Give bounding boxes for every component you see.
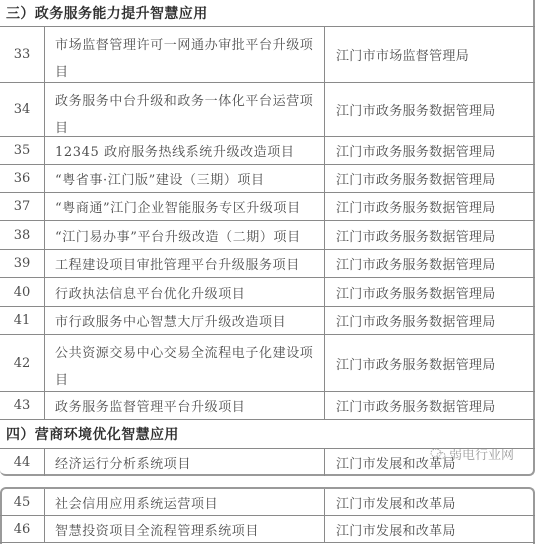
department: 江门市政务服务数据管理局 xyxy=(325,165,535,192)
department: 江门市政务服务数据管理局 xyxy=(325,278,535,306)
table-row: 45 社会信用应用系统运营项目 江门市发展和改革局 xyxy=(0,489,535,516)
project-name: 市行政服务中心智慧大厅升级改造项目 xyxy=(45,307,325,334)
row-number: 38 xyxy=(0,221,45,249)
row-number: 34 xyxy=(0,83,45,136)
row-number: 36 xyxy=(0,165,45,192)
department: 江门市政务服务数据管理局 xyxy=(325,193,535,220)
table-row: 36 “粤省事·江门版”建设（三期）项目 江门市政务服务数据管理局 xyxy=(0,165,535,193)
table-row: 34 政务服务中台升级和政务一体化平台运营项 目 江门市政务服务数据管理局 xyxy=(0,83,535,137)
project-name: 行政执法信息平台优化升级项目 xyxy=(45,278,325,306)
watermark: 弱电行业网 xyxy=(430,444,514,463)
department: 江门市政务服务数据管理局 xyxy=(325,83,535,136)
row-number: 46 xyxy=(0,516,45,542)
project-name: 市场监督管理许可一网通办审批平台升级项 目 xyxy=(45,27,325,82)
table-row: 39 工程建设项目审批管理平台升级服务项目 江门市政务服务数据管理局 xyxy=(0,250,535,278)
table-row: 38 “江门易办事”平台升级改造（二期）项目 江门市政务服务数据管理局 xyxy=(0,221,535,250)
project-name: “粤商通”江门企业智能服务专区升级项目 xyxy=(45,193,325,220)
row-number: 33 xyxy=(0,27,45,82)
department: 江门市政务服务数据管理局 xyxy=(325,307,535,334)
table-row: 35 12345 政府服务热线系统升级改造项目 江门市政务服务数据管理局 xyxy=(0,137,535,165)
table-row: 42 公共资源交易中心交易全流程电子化建设项 目 江门市政务服务数据管理局 xyxy=(0,335,535,392)
watermark-text: 弱电行业网 xyxy=(449,444,514,463)
department: 江门市政务服务数据管理局 xyxy=(325,137,535,164)
project-name-line1: 市场监督管理许可一网通办审批平台升级项 xyxy=(55,32,313,59)
project-name: 经济运行分析系统项目 xyxy=(45,449,325,476)
department: 江门市发展和改革局 xyxy=(325,489,535,515)
department: 江门市市场监督管理局 xyxy=(325,27,535,82)
project-name-line2: 目 xyxy=(55,59,313,86)
project-name: 智慧投资项目全流程管理系统项目 xyxy=(45,516,325,542)
table-row: 40 行政执法信息平台优化升级项目 江门市政务服务数据管理局 xyxy=(0,278,535,307)
row-number: 39 xyxy=(0,250,45,277)
project-name: 公共资源交易中心交易全流程电子化建设项 目 xyxy=(45,335,325,391)
project-name-line2: 目 xyxy=(55,367,313,394)
department: 江门市政务服务数据管理局 xyxy=(325,221,535,249)
project-name-line1: 政务服务中台升级和政务一体化平台运营项 xyxy=(55,88,313,115)
project-name: 12345 政府服务热线系统升级改造项目 xyxy=(45,137,325,164)
row-number: 35 xyxy=(0,137,45,164)
row-number: 40 xyxy=(0,278,45,306)
department: 江门市政务服务数据管理局 xyxy=(325,335,535,391)
department: 江门市政务服务数据管理局 xyxy=(325,250,535,277)
department: 江门市发展和改革局 xyxy=(325,516,535,542)
section-header-3: 三）政务服务能力提升智慧应用 xyxy=(0,0,535,27)
project-name: 政务服务中台升级和政务一体化平台运营项 目 xyxy=(45,83,325,136)
row-number: 43 xyxy=(0,392,45,419)
department: 江门市政务服务数据管理局 xyxy=(325,392,535,419)
project-name: 工程建设项目审批管理平台升级服务项目 xyxy=(45,250,325,277)
table-row: 41 市行政服务中心智慧大厅升级改造项目 江门市政务服务数据管理局 xyxy=(0,307,535,335)
row-number: 37 xyxy=(0,193,45,220)
page-gap xyxy=(0,476,537,487)
row-number: 45 xyxy=(0,489,45,515)
wechat-icon xyxy=(430,448,446,460)
project-name-line1: 公共资源交易中心交易全流程电子化建设项 xyxy=(55,340,313,367)
row-number: 41 xyxy=(0,307,45,334)
project-name: 社会信用应用系统运营项目 xyxy=(45,489,325,515)
table-row: 33 市场监督管理许可一网通办审批平台升级项 目 江门市市场监督管理局 xyxy=(0,27,535,83)
row-number: 42 xyxy=(0,335,45,391)
project-name: “粤省事·江门版”建设（三期）项目 xyxy=(45,165,325,192)
project-name: “江门易办事”平台升级改造（二期）项目 xyxy=(45,221,325,249)
row-number: 44 xyxy=(0,449,45,476)
table-row: 43 政务服务监督管理平台升级项目 江门市政务服务数据管理局 xyxy=(0,392,535,420)
project-name: 政务服务监督管理平台升级项目 xyxy=(45,392,325,419)
table-row: 46 智慧投资项目全流程管理系统项目 江门市发展和改革局 xyxy=(0,516,535,543)
table-row: 37 “粤商通”江门企业智能服务专区升级项目 江门市政务服务数据管理局 xyxy=(0,193,535,221)
